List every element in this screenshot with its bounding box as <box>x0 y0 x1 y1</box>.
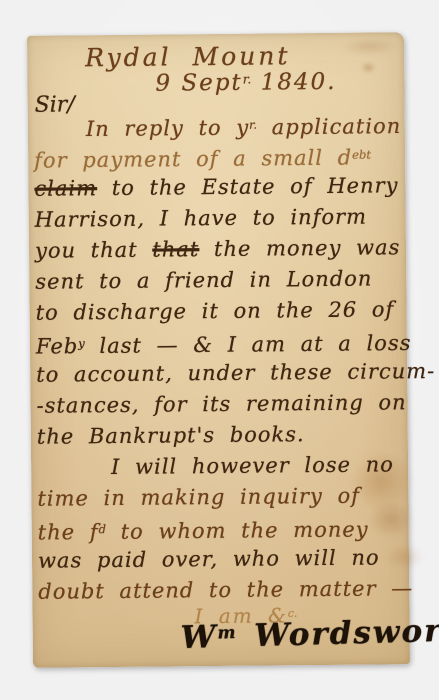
letter-date: 9 Septr. 1840. <box>155 69 336 97</box>
text-segment: In reply to y <box>86 115 250 141</box>
letter-place: Rydal Mount <box>85 41 291 72</box>
text-segment: you that <box>35 238 153 263</box>
struck-word: that <box>152 237 199 261</box>
text-segment: to whom the money <box>106 517 369 544</box>
letter-line: Feby last — & I am at a loss <box>36 325 405 360</box>
letter-line: the fd to whom the money <box>38 511 407 546</box>
text-segment: -stances, for its remaining on <box>36 390 406 418</box>
text-segment: sent to a friend in London <box>35 267 372 294</box>
text-segment: application <box>257 114 401 139</box>
text-segment: the Bankrupt's books. <box>37 422 305 449</box>
text-segment: to account, under these circum- <box>36 359 435 387</box>
letter-paper: Rydal Mount 9 Septr. 1840. Sir/ In reply… <box>27 32 410 668</box>
letter-line: to account, under these circum- <box>36 356 405 391</box>
text-segment: Harrison, I have to inform <box>35 205 367 232</box>
letter-line: to discharge it on the 26 of <box>35 294 404 329</box>
text-segment: for payment of a small d <box>34 145 352 172</box>
text-segment: I will however lose no <box>111 452 394 479</box>
text-segment: to the Estate of Henry <box>97 173 399 200</box>
stain <box>361 62 375 72</box>
letter-line: -stances, for its remaining on <box>36 387 405 422</box>
letter-line: for payment of a small debt <box>34 139 403 174</box>
letter-line: the Bankrupt's books. <box>37 418 406 453</box>
struck-word: claim <box>34 176 97 201</box>
text-segment: the f <box>38 520 99 545</box>
letter-line: In reply to yr. application <box>34 108 403 143</box>
text-segment: m <box>217 623 236 643</box>
text-segment: W <box>180 619 218 656</box>
text-segment: time in making inquiry of <box>37 484 360 511</box>
letter-signature: Wm Wordsworth <box>180 612 439 656</box>
text-segment: 9 Sept <box>155 70 243 97</box>
text-segment: was paid over, who will no <box>38 545 380 572</box>
stain <box>340 37 398 56</box>
letter-line: was paid over, who will no <box>38 542 407 577</box>
text-segment: Feb <box>36 334 79 358</box>
letter-line: sent to a friend in London <box>35 263 404 298</box>
letter-line: I will however lose no <box>37 449 406 484</box>
letter-body: In reply to yr. applicationfor payment o… <box>34 108 408 608</box>
letter-line: you that that the money was <box>35 232 404 267</box>
photo-background: Rydal Mount 9 Septr. 1840. Sir/ In reply… <box>0 0 439 700</box>
letter-line: Harrison, I have to inform <box>35 201 404 236</box>
letter-line: claim to the Estate of Henry <box>34 170 403 205</box>
text-segment: the money was <box>199 235 400 261</box>
text-segment: 1840. <box>251 69 336 96</box>
text-segment: last — & I am at a loss <box>85 331 412 358</box>
text-segment: doubt attend to the matter — <box>38 576 413 604</box>
text-segment: ebt <box>352 148 371 162</box>
letter-line: time in making inquiry of <box>37 480 406 515</box>
text-segment: to discharge it on the 26 of <box>36 297 395 324</box>
text-segment: r. <box>243 71 252 86</box>
text-segment: Wordsworth <box>235 612 439 655</box>
letter-line: doubt attend to the matter — <box>38 573 407 608</box>
